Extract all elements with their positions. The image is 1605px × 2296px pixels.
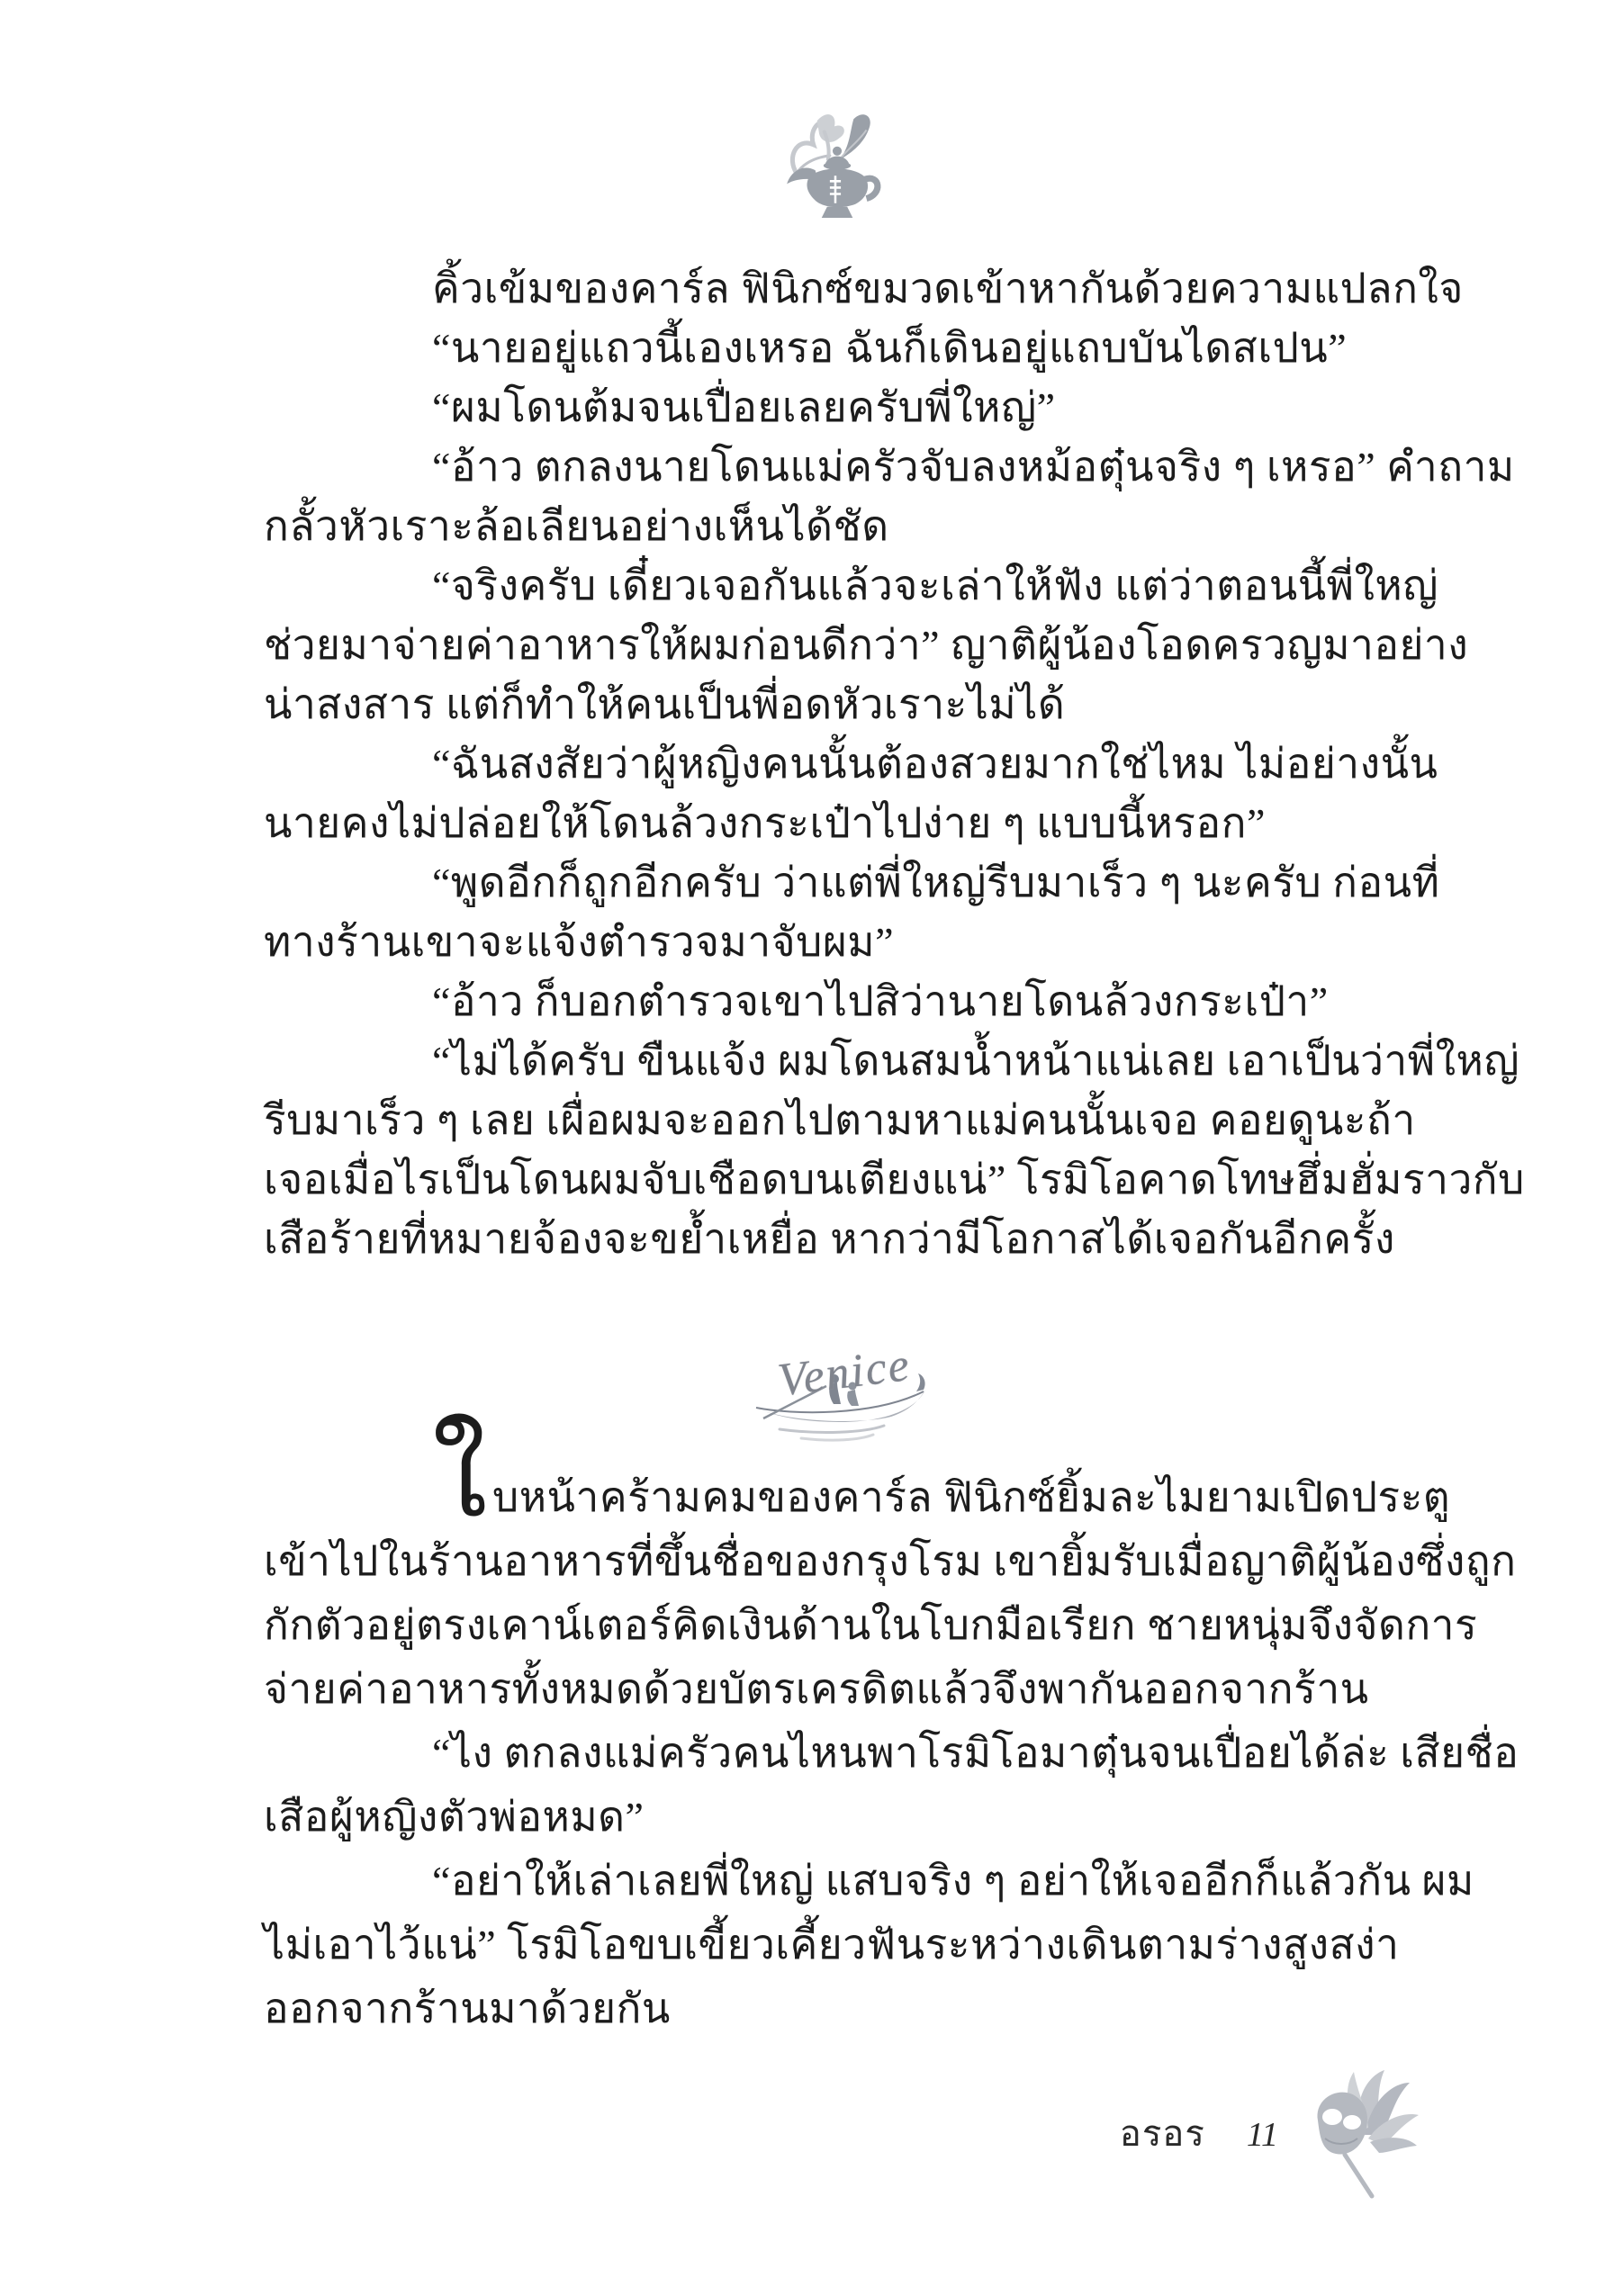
book-page: คิ้วเข้มของคาร์ล ฟินิกซ์ขมวดเข้าหากันด้ว… xyxy=(0,0,1605,2296)
text-line: จ่ายค่าอาหารทั้งหมดด้วยบัตรเครดิตแล้วจึง… xyxy=(264,1657,1416,1721)
text-line: รีบมาเร็ว ๆ เลย เผื่อผมจะออกไปตามหาแม่คน… xyxy=(264,1091,1416,1150)
text-line: ใบหน้าคร้ามคมของคาร์ล ฟินิกซ์ยิ้มละไมยาม… xyxy=(264,1465,1416,1529)
page-footer: อรอร 11 xyxy=(1044,2104,1278,2158)
section-rome-restaurant: ใบหน้าคร้ามคมของคาร์ล ฟินิกซ์ยิ้มละไมยาม… xyxy=(264,1465,1416,2040)
text-line: ออกจากร้านมาด้วยกัน xyxy=(264,1976,1416,2040)
venetian-mask-icon xyxy=(1298,2063,1424,2202)
genie-lamp-graphic xyxy=(781,104,891,221)
text-line: “จริงครับ เดี๋ยวเจอกันแล้วจะเล่าให้ฟัง แ… xyxy=(264,556,1416,616)
text-line: “ไง ตกลงแม่ครัวคนไหนพาโรมิโอมาตุ๋นจนเปื่… xyxy=(264,1721,1416,1785)
text-line: “อย่าให้เล่าเลยพี่ใหญ่ แสบจริง ๆ อย่าให้… xyxy=(264,1849,1416,1913)
venice-divider: Venice xyxy=(747,1339,936,1447)
genie-lamp-icon xyxy=(781,104,891,221)
text-line: คิ้วเข้มของคาร์ล ฟินิกซ์ขมวดเข้าหากันด้ว… xyxy=(264,259,1416,319)
text-line: ไม่เอาไว้แน่” โรมิโอขบเขี้ยวเคี้ยวฟันระห… xyxy=(264,1913,1416,1976)
text-line: เสือร้ายที่หมายจ้องจะขย้ำเหยื่อ หากว่ามี… xyxy=(264,1210,1416,1269)
mask-feathers-graphic xyxy=(1298,2063,1424,2202)
text-line: กักตัวอยู่ตรงเคาน์เตอร์คิดเงินด้านในโบกม… xyxy=(264,1593,1416,1657)
section-spanish-steps-dialogue: คิ้วเข้มของคาร์ล ฟินิกซ์ขมวดเข้าหากันด้ว… xyxy=(264,259,1416,1269)
text-line: “อ้าว ตกลงนายโดนแม่ครัวจับลงหม้อตุ๋นจริง… xyxy=(264,437,1416,497)
page-number: 11 xyxy=(1247,2115,1278,2155)
text-line: ทางร้านเขาจะแจ้งตำรวจมาจับผม” xyxy=(264,913,1416,972)
text-line: “นายอยู่แถวนี้เองเหรอ ฉันก็เดินอยู่แถบบั… xyxy=(264,319,1416,378)
text-line: ช่วยมาจ่ายค่าอาหารให้ผมก่อนดีกว่า” ญาติผ… xyxy=(264,616,1416,675)
text-line: กลั้วหัวเราะล้อเลียนอย่างเห็นได้ชัด xyxy=(264,497,1416,556)
text-line: น่าสงสาร แต่ก็ทำให้คนเป็นพี่อดหัวเราะไม่… xyxy=(264,675,1416,734)
author-name: อรอร xyxy=(1120,2104,1205,2162)
text-line: “พูดอีกก็ถูกอีกครับ ว่าแต่พี่ใหญ่รีบมาเร… xyxy=(264,853,1416,913)
text-line: “ผมโดนต้มจนเปื่อยเลยครับพี่ใหญ่” xyxy=(264,378,1416,437)
text-line: “อ้าว ก็บอกตำรวจเขาไปสิว่านายโดนล้วงกระเ… xyxy=(264,972,1416,1031)
text-line: เสือผู้หญิงตัวพ่อหมด” xyxy=(264,1785,1416,1849)
text-line: เจอเมื่อไรเป็นโดนผมจับเชือดบนเตียงแน่” โ… xyxy=(264,1150,1416,1210)
text-line: นายคงไม่ปล่อยให้โดนล้วงกระเป๋าไปง่าย ๆ แ… xyxy=(264,794,1416,853)
text-line-continuation: บหน้าคร้ามคมของคาร์ล ฟินิกซ์ยิ้มละไมยามเ… xyxy=(492,1474,1450,1520)
text-line: “ไม่ได้ครับ ขืนแจ้ง ผมโดนสมน้ำหน้าแน่เลย… xyxy=(264,1031,1416,1091)
drop-cap: ใ xyxy=(432,1416,488,1541)
text-line: “ฉันสงสัยว่าผู้หญิงคนนั้นต้องสวยมากใช่ไห… xyxy=(264,734,1416,794)
